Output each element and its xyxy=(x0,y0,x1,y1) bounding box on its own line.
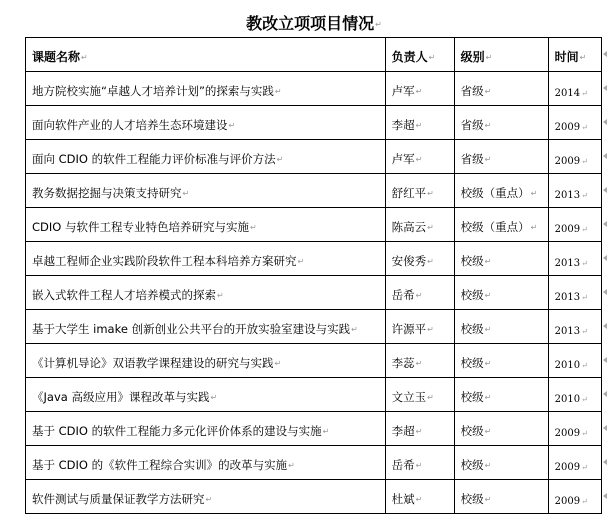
cell-year-text: 2010 xyxy=(555,360,580,371)
header-owner-text: 负责人 xyxy=(392,50,428,64)
header-owner: 负责人↵ xyxy=(385,38,454,72)
cell-owner-text: 岳希 xyxy=(392,288,415,302)
paragraph-mark-icon: ↵ xyxy=(427,325,434,334)
cell-title-text: 基于 CDIO 的《软件工程综合实训》的改革与实施 xyxy=(32,458,287,472)
cell-level-text: 校级（重点） xyxy=(461,186,530,200)
header-title-text: 课题名称 xyxy=(32,50,80,64)
table-header-row: 课题名称↵ 负责人↵ 级别↵ 时间↵ xyxy=(26,38,602,72)
cell-owner: 卢军↵ xyxy=(385,72,454,106)
cell-owner: 卢军↵ xyxy=(385,140,454,174)
paragraph-mark-icon: ↵ xyxy=(288,461,295,470)
paragraph-mark-icon: ↵ xyxy=(581,463,588,472)
cell-year-text: 2013 xyxy=(555,326,580,337)
cell-level: 校级（重点）↵ xyxy=(454,208,548,242)
cell-year: 2010↵ xyxy=(548,344,601,378)
paragraph-mark-icon: ↵ xyxy=(416,121,423,130)
cell-owner: 舒红平↵ xyxy=(385,174,454,208)
cell-level-text: 省级 xyxy=(461,84,484,98)
table-row: 地方院校实施“卓越人才培养计划”的探索与实践↵卢军↵省级↵2014↵ xyxy=(26,72,602,106)
cell-year: 2013↵ xyxy=(548,276,601,310)
cell-owner: 许源平↵ xyxy=(385,310,454,344)
table-row: 面向软件产业的人才培养生态环境建设↵李超↵省级↵2009↵ xyxy=(26,106,602,140)
cell-level-text: 校级 xyxy=(461,424,484,438)
table-row: 卓越工程师企业实践阶段软件工程本科培养方案研究↵安俊秀↵校级↵2013↵ xyxy=(26,242,602,276)
cell-title-text: 卓越工程师企业实践阶段软件工程本科培养方案研究 xyxy=(32,254,297,268)
paragraph-mark-icon: ↵ xyxy=(416,427,423,436)
paragraph-mark-icon: ↵ xyxy=(351,325,358,334)
paragraph-mark-icon: ↵ xyxy=(416,495,423,504)
paragraph-mark-icon: ↵ xyxy=(581,327,588,336)
paragraph-mark-icon: ↵ xyxy=(298,257,305,266)
paragraph-mark-icon: ↵ xyxy=(581,361,588,370)
cell-level-text: 校级 xyxy=(461,288,484,302)
table-row: 《Java 高级应用》课程改革与实践↵文立玉↵校级↵2010↵ xyxy=(26,378,602,412)
paragraph-mark-icon: ↵ xyxy=(485,359,492,368)
cell-level: 校级↵ xyxy=(454,412,548,446)
paragraph-mark-icon: ↵ xyxy=(485,495,492,504)
header-level-text: 级别 xyxy=(461,50,485,64)
cell-year-text: 2009 xyxy=(555,428,580,439)
table-row: 面向 CDIO 的软件工程能力评价标准与评价方法↵卢军↵省级↵2009↵ xyxy=(26,140,602,174)
cell-owner: 杜斌↵ xyxy=(385,480,454,514)
cell-year-text: 2013 xyxy=(555,190,580,201)
row-end-mark-icon xyxy=(603,391,607,397)
cell-owner: 安俊秀↵ xyxy=(385,242,454,276)
paragraph-mark-icon: ↵ xyxy=(229,121,236,130)
cell-level: 校级（重点）↵ xyxy=(454,174,548,208)
paragraph-mark-icon: ↵ xyxy=(427,257,434,266)
cell-owner-text: 陈高云 xyxy=(392,220,427,234)
cell-level-text: 校级 xyxy=(461,322,484,336)
row-end-mark-icon xyxy=(603,119,607,125)
cell-owner: 陈高云↵ xyxy=(385,208,454,242)
cell-owner-text: 卢军 xyxy=(392,84,415,98)
cell-owner-text: 文立玉 xyxy=(392,390,427,404)
cell-level-text: 校级 xyxy=(461,356,484,370)
paragraph-mark-icon: ↵ xyxy=(375,20,382,29)
cell-owner: 李超↵ xyxy=(385,412,454,446)
cell-year-text: 2009 xyxy=(555,122,580,133)
paragraph-mark-icon: ↵ xyxy=(531,189,538,198)
paragraph-mark-icon: ↵ xyxy=(581,191,588,200)
cell-title: 面向 CDIO 的软件工程能力评价标准与评价方法↵ xyxy=(26,140,386,174)
cell-level: 校级↵ xyxy=(454,242,548,276)
cell-owner-text: 李超 xyxy=(392,118,415,132)
paragraph-mark-icon: ↵ xyxy=(250,223,257,232)
cell-title-text: CDIO 与软件工程专业特色培养研究与实施 xyxy=(32,220,249,234)
cell-level: 校级↵ xyxy=(454,276,548,310)
header-level: 级别↵ xyxy=(454,38,548,72)
cell-year-text: 2013 xyxy=(555,258,580,269)
row-end-mark-icon xyxy=(603,85,607,91)
cell-year: 2010↵ xyxy=(548,378,601,412)
cell-title: 基于大学生 imake 创新创业公共平台的开放实验室建设与实践↵ xyxy=(26,310,386,344)
cell-owner-text: 李蕊 xyxy=(392,356,415,370)
row-end-mark-icon xyxy=(603,357,607,363)
row-end-mark-icon xyxy=(603,51,607,57)
cell-title: 《计算机导论》双语教学课程建设的研究与实践↵ xyxy=(26,344,386,378)
paragraph-mark-icon: ↵ xyxy=(581,429,588,438)
paragraph-mark-icon: ↵ xyxy=(275,359,282,368)
cell-level-text: 校级 xyxy=(461,390,484,404)
paragraph-mark-icon: ↵ xyxy=(581,497,588,506)
paragraph-mark-icon: ↵ xyxy=(485,393,492,402)
table-row: CDIO 与软件工程专业特色培养研究与实施↵陈高云↵校级（重点）↵2009↵ xyxy=(26,208,602,242)
paragraph-mark-icon: ↵ xyxy=(427,223,434,232)
paragraph-mark-icon: ↵ xyxy=(81,53,88,62)
paragraph-mark-icon: ↵ xyxy=(427,393,434,402)
paragraph-mark-icon: ↵ xyxy=(429,53,436,62)
cell-title-text: 嵌入式软件工程人才培养模式的探索 xyxy=(32,288,216,302)
paragraph-mark-icon: ↵ xyxy=(217,291,224,300)
cell-level-text: 省级 xyxy=(461,152,484,166)
document-title: 教改立项项目情况↵ xyxy=(0,13,608,36)
cell-level: 省级↵ xyxy=(454,106,548,140)
cell-title-text: 《Java 高级应用》课程改革与实践 xyxy=(32,390,209,404)
table-row: 嵌入式软件工程人才培养模式的探索↵岳希↵校级↵2013↵ xyxy=(26,276,602,310)
paragraph-mark-icon: ↵ xyxy=(485,257,492,266)
paragraph-mark-icon: ↵ xyxy=(485,325,492,334)
paragraph-mark-icon: ↵ xyxy=(485,121,492,130)
header-year-text: 时间 xyxy=(555,50,579,64)
cell-owner-text: 卢军 xyxy=(392,152,415,166)
cell-year: 2009↵ xyxy=(548,446,601,480)
cell-owner: 岳希↵ xyxy=(385,446,454,480)
cell-year: 2013↵ xyxy=(548,174,601,208)
paragraph-mark-icon: ↵ xyxy=(485,291,492,300)
paragraph-mark-icon: ↵ xyxy=(206,495,213,504)
cell-level: 省级↵ xyxy=(454,140,548,174)
cell-title-text: 《计算机导论》双语教学课程建设的研究与实践 xyxy=(32,356,274,370)
cell-level-text: 校级（重点） xyxy=(461,220,530,234)
cell-year-text: 2009 xyxy=(555,462,580,473)
paragraph-mark-icon: ↵ xyxy=(323,427,330,436)
cell-title: 《Java 高级应用》课程改革与实践↵ xyxy=(26,378,386,412)
paragraph-mark-icon: ↵ xyxy=(416,87,423,96)
paragraph-mark-icon: ↵ xyxy=(581,293,588,302)
table-row: 《计算机导论》双语教学课程建设的研究与实践↵李蕊↵校级↵2010↵ xyxy=(26,344,602,378)
cell-title: 软件测试与质量保证教学方法研究↵ xyxy=(26,480,386,514)
paragraph-mark-icon: ↵ xyxy=(416,291,423,300)
cell-owner: 李超↵ xyxy=(385,106,454,140)
row-end-mark-icon xyxy=(603,425,607,431)
paragraph-mark-icon: ↵ xyxy=(531,223,538,232)
cell-level: 校级↵ xyxy=(454,480,548,514)
cell-title-text: 面向软件产业的人才培养生态环境建设 xyxy=(32,118,228,132)
cell-level-text: 省级 xyxy=(461,118,484,132)
cell-title: 教务数据挖掘与决策支持研究↵ xyxy=(26,174,386,208)
cell-owner: 岳希↵ xyxy=(385,276,454,310)
paragraph-mark-icon: ↵ xyxy=(416,359,423,368)
paragraph-mark-icon: ↵ xyxy=(427,189,434,198)
paragraph-mark-icon: ↵ xyxy=(486,53,493,62)
paragraph-mark-icon: ↵ xyxy=(485,461,492,470)
table-row: 教务数据挖掘与决策支持研究↵舒红平↵校级（重点）↵2013↵ xyxy=(26,174,602,208)
paragraph-mark-icon: ↵ xyxy=(581,395,588,404)
cell-level: 校级↵ xyxy=(454,310,548,344)
cell-year: 2009↵ xyxy=(548,412,601,446)
paragraph-mark-icon: ↵ xyxy=(581,259,588,268)
cell-title-text: 面向 CDIO 的软件工程能力评价标准与评价方法 xyxy=(32,152,276,166)
cell-title: 地方院校实施“卓越人才培养计划”的探索与实践↵ xyxy=(26,72,386,106)
cell-owner-text: 舒红平 xyxy=(392,186,427,200)
row-end-mark-icon xyxy=(603,323,607,329)
cell-title: 基于 CDIO 的软件工程能力多元化评价体系的建设与实施↵ xyxy=(26,412,386,446)
cell-owner: 李蕊↵ xyxy=(385,344,454,378)
cell-year: 2013↵ xyxy=(548,242,601,276)
table-body: 地方院校实施“卓越人才培养计划”的探索与实践↵卢军↵省级↵2014↵面向软件产业… xyxy=(26,72,602,514)
row-end-mark-icon xyxy=(603,289,607,295)
paragraph-mark-icon: ↵ xyxy=(210,393,217,402)
paragraph-mark-icon: ↵ xyxy=(581,157,588,166)
paragraph-mark-icon: ↵ xyxy=(485,87,492,96)
cell-title-text: 基于 CDIO 的软件工程能力多元化评价体系的建设与实施 xyxy=(32,424,322,438)
cell-year: 2009↵ xyxy=(548,208,601,242)
cell-title-text: 软件测试与质量保证教学方法研究 xyxy=(32,492,205,506)
row-end-mark-icon xyxy=(603,493,607,499)
cell-level: 省级↵ xyxy=(454,72,548,106)
row-end-mark-icon xyxy=(603,255,607,261)
cell-level: 校级↵ xyxy=(454,378,548,412)
header-title: 课题名称↵ xyxy=(26,38,386,72)
cell-title-text: 教务数据挖掘与决策支持研究 xyxy=(32,186,182,200)
cell-owner-text: 李超 xyxy=(392,424,415,438)
cell-owner-text: 杜斌 xyxy=(392,492,415,506)
cell-title: 基于 CDIO 的《软件工程综合实训》的改革与实施↵ xyxy=(26,446,386,480)
cell-title: 面向软件产业的人才培养生态环境建设↵ xyxy=(26,106,386,140)
cell-owner-text: 许源平 xyxy=(392,322,427,336)
header-year: 时间↵ xyxy=(548,38,601,72)
cell-title: CDIO 与软件工程专业特色培养研究与实施↵ xyxy=(26,208,386,242)
row-end-mark-icon xyxy=(603,153,607,159)
paragraph-mark-icon: ↵ xyxy=(485,155,492,164)
table-row: 基于大学生 imake 创新创业公共平台的开放实验室建设与实践↵许源平↵校级↵2… xyxy=(26,310,602,344)
paragraph-mark-icon: ↵ xyxy=(277,155,284,164)
cell-level-text: 校级 xyxy=(461,458,484,472)
row-end-mark-icon xyxy=(603,187,607,193)
cell-year: 2009↵ xyxy=(548,106,601,140)
table-row: 软件测试与质量保证教学方法研究↵杜斌↵校级↵2009↵ xyxy=(26,480,602,514)
cell-title-text: 地方院校实施“卓越人才培养计划”的探索与实践 xyxy=(32,84,274,98)
row-end-mark-icon xyxy=(603,221,607,227)
paragraph-mark-icon: ↵ xyxy=(275,87,282,96)
paragraph-mark-icon: ↵ xyxy=(581,89,588,98)
cell-year: 2009↵ xyxy=(548,480,601,514)
row-end-mark-icon xyxy=(603,459,607,465)
paragraph-mark-icon: ↵ xyxy=(183,189,190,198)
projects-table: 课题名称↵ 负责人↵ 级别↵ 时间↵ 地方院校实施“卓越人才培养计划”的探索与实… xyxy=(25,37,602,514)
table-row: 基于 CDIO 的软件工程能力多元化评价体系的建设与实施↵李超↵校级↵2009↵ xyxy=(26,412,602,446)
cell-year-text: 2014 xyxy=(555,88,580,99)
cell-title: 嵌入式软件工程人才培养模式的探索↵ xyxy=(26,276,386,310)
cell-level-text: 校级 xyxy=(461,492,484,506)
cell-owner-text: 安俊秀 xyxy=(392,254,427,268)
cell-level: 校级↵ xyxy=(454,446,548,480)
cell-year: 2009↵ xyxy=(548,140,601,174)
cell-year-text: 2013 xyxy=(555,292,580,303)
cell-level: 校级↵ xyxy=(454,344,548,378)
paragraph-mark-icon: ↵ xyxy=(581,123,588,132)
paragraph-mark-icon: ↵ xyxy=(416,155,423,164)
cell-level-text: 校级 xyxy=(461,254,484,268)
cell-title: 卓越工程师企业实践阶段软件工程本科培养方案研究↵ xyxy=(26,242,386,276)
table-row: 基于 CDIO 的《软件工程综合实训》的改革与实施↵岳希↵校级↵2009↵ xyxy=(26,446,602,480)
cell-year-text: 2009 xyxy=(555,156,580,167)
paragraph-mark-icon: ↵ xyxy=(416,461,423,470)
cell-year-text: 2010 xyxy=(555,394,580,405)
paragraph-mark-icon: ↵ xyxy=(580,53,587,62)
cell-owner-text: 岳希 xyxy=(392,458,415,472)
document-title-text: 教改立项项目情况 xyxy=(246,14,374,33)
paragraph-mark-icon: ↵ xyxy=(581,225,588,234)
paragraph-mark-icon: ↵ xyxy=(485,427,492,436)
cell-title-text: 基于大学生 imake 创新创业公共平台的开放实验室建设与实践 xyxy=(32,322,350,336)
cell-year: 2013↵ xyxy=(548,310,601,344)
cell-owner: 文立玉↵ xyxy=(385,378,454,412)
cell-year-text: 2009 xyxy=(555,224,580,235)
cell-year-text: 2009 xyxy=(555,496,580,507)
cell-year: 2014↵ xyxy=(548,72,601,106)
